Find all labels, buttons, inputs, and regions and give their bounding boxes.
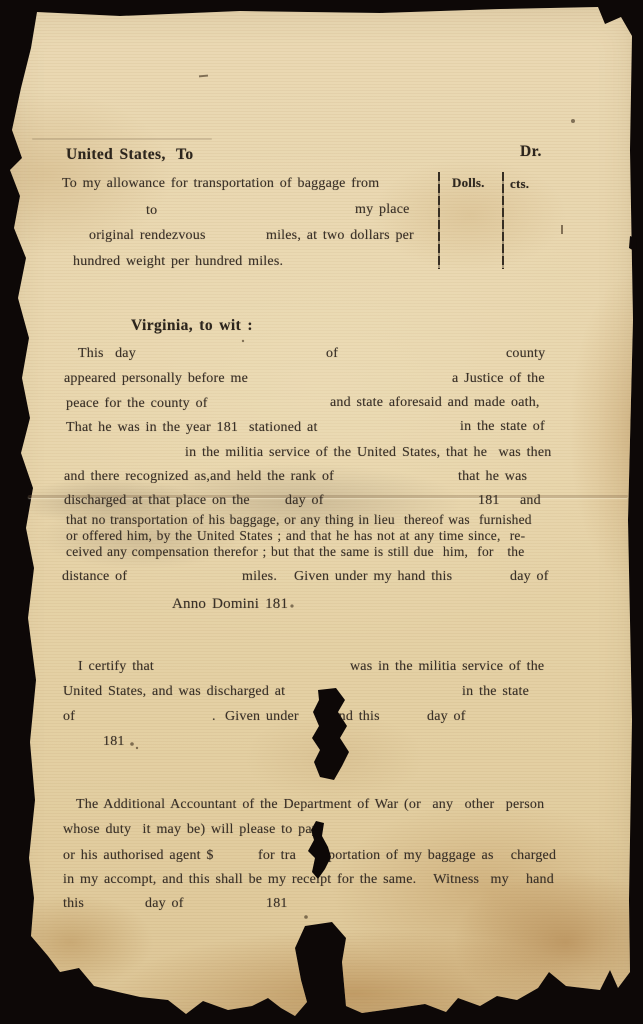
receipt-l5-this: this [63, 897, 84, 911]
dolls-column-rule [438, 172, 440, 269]
form-title-dr: Dr. [520, 144, 542, 160]
charge-line2-place: my place [355, 203, 410, 217]
certify-l3-period: . [212, 710, 216, 724]
oath-l6-thathewas: that he was [458, 470, 527, 484]
certify-l2-instate: in the state [462, 685, 529, 699]
oath-l3-state: and state aforesaid and made oath, [330, 396, 540, 410]
oath-l1-this-day: This day [78, 347, 136, 361]
certify-l1-icertify: I certify that [78, 660, 154, 674]
receipt-l3-agent: or his authorised agent $ [63, 849, 214, 863]
oath-l2-appeared: appeared personally before me [64, 372, 248, 386]
cts-column-rule [502, 172, 504, 269]
form-title-left: United States, [66, 147, 166, 163]
charge-line1: To my allowance for transportation of ba… [62, 177, 379, 191]
scanned-document: United States, To Dr. To my allowance fo… [0, 0, 643, 1024]
oath-l7-discharged: discharged at that place on the [64, 494, 250, 508]
certify-l3-given: Given under [225, 710, 299, 724]
certify-l3-handthis: hand this [325, 710, 380, 724]
oath-l5-militia: in the militia service of the United Sta… [185, 446, 551, 460]
charge-line4: hundred weight per hundred miles. [73, 255, 283, 269]
oath-l7-and: and [520, 494, 541, 508]
cts-column-header: cts. [510, 177, 529, 190]
oath-heading: Virginia, to wit : [131, 318, 253, 334]
oath-l1-county: county [506, 347, 545, 361]
oath-l8-miles: miles. [242, 570, 277, 584]
oath-l3-peace: peace for the county of [66, 397, 208, 411]
oath-paragraph-line3: ceived any compensation therefor ; but t… [66, 545, 524, 559]
receipt-l4-accompt: in my accompt, and this shall be my rece… [63, 873, 554, 887]
oath-paragraph-line2: or offered him, by the United States ; a… [66, 529, 525, 543]
fold-crease-small [32, 138, 212, 140]
oath-paragraph-line1: that no transportation of his baggage, o… [66, 513, 532, 527]
oath-l8-given: Given under my hand this [294, 570, 452, 584]
oath-l6-rank: and there recognized as,and held the ran… [64, 470, 334, 484]
certify-l3-dayof: day of [427, 710, 466, 724]
certify-l2-discharged: United States, and was discharged at [63, 685, 285, 699]
receipt-l1-accountant: The Additional Accountant of the Departm… [76, 798, 544, 812]
oath-l4-year: That he was in the year 181 [66, 421, 238, 435]
oath-l4-instate: in the state of [460, 420, 545, 434]
dolls-column-header: Dolls. [452, 176, 485, 189]
charge-line3-right: miles, at two dollars per [266, 229, 414, 243]
oath-l8-distance: distance of [62, 570, 127, 584]
receipt-l3-portation: portation of my baggage as charged [328, 849, 556, 863]
receipt-l5-dayof: day of [145, 897, 184, 911]
oath-l1-of: of [326, 347, 338, 361]
receipt-l3-fortra: for tra [258, 849, 296, 863]
oath-l7-dayof: day of [285, 494, 324, 508]
charge-line3-left: original rendezvous [89, 229, 206, 243]
receipt-l5-181: 181 [266, 897, 288, 911]
certify-l3-of: of [63, 710, 75, 724]
oath-l2-justice: a Justice of the [452, 372, 545, 386]
oath-l4-stationed: stationed at [249, 421, 318, 435]
certify-l4-181: 181 [103, 735, 125, 749]
oath-l8-dayof: day of [510, 570, 549, 584]
receipt-l2-pleasepay: whose duty it may be) will please to pay [63, 823, 319, 837]
oath-anno-domini: Anno Domini 181 [172, 597, 288, 612]
form-title-to: To [176, 147, 193, 163]
certify-l1-militia: was in the militia service of the [350, 660, 544, 674]
oath-l7-181: 181 [478, 494, 500, 508]
charge-line2-to: to [146, 204, 157, 218]
